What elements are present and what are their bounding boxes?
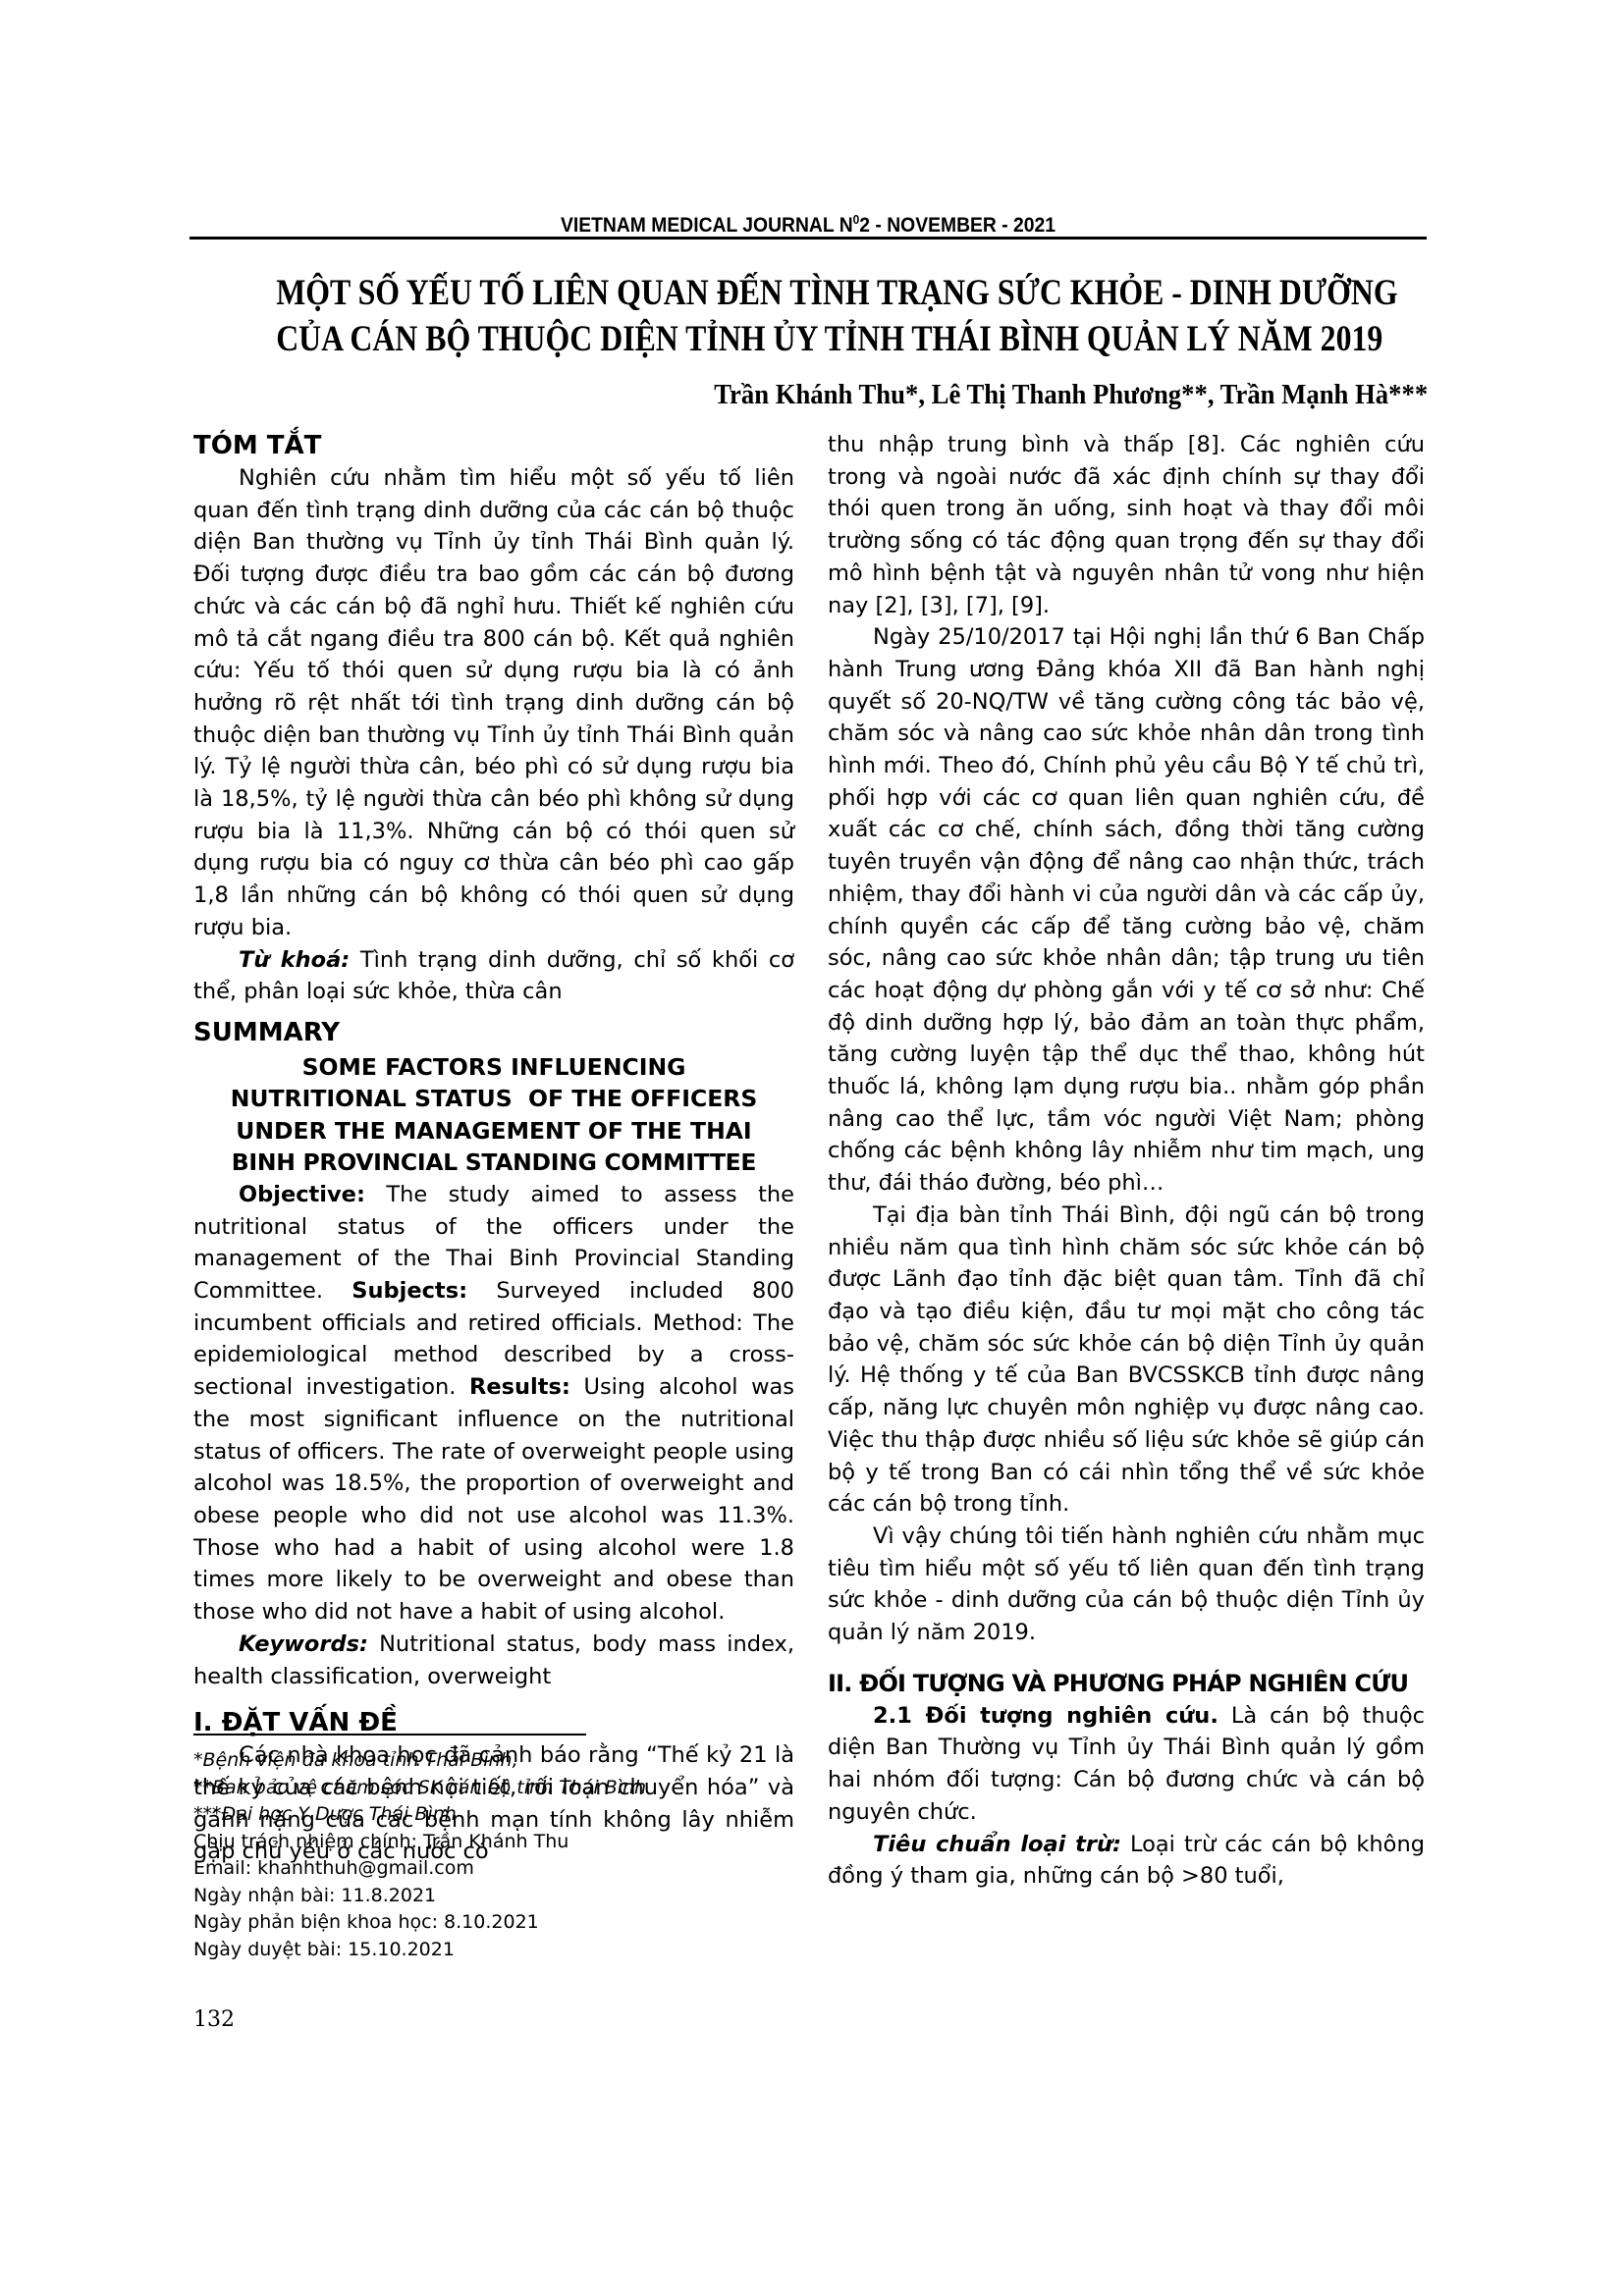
affiliation-2: **Ban bảo vệ chăm sóc SK cán bộ tỉnh Thá…: [193, 1775, 794, 1802]
journal-page: VIETNAM MEDICAL JOURNAL N02 - NOVEMBER -…: [0, 0, 1624, 2296]
author-email: Email: khanhthuh@gmail.com: [193, 1855, 794, 1883]
journal-header-prefix: VIETNAM MEDICAL JOURNAL N: [561, 214, 853, 237]
journal-running-header: VIETNAM MEDICAL JOURNAL N02 - NOVEMBER -…: [239, 212, 1377, 238]
section-2-1-label: 2.1 Đối tượng nghiên cứu.: [873, 1703, 1218, 1729]
objective-label: Objective:: [239, 1182, 365, 1207]
keywords-en-label: Keywords:: [239, 1631, 368, 1657]
section-1-paragraph-4: Vì vậy chúng tôi tiến hành nghiên cứu nh…: [828, 1521, 1425, 1649]
summary-title-line: NUTRITIONAL STATUS OF THE OFFICERS: [193, 1083, 794, 1115]
affiliation-1: *Bệnh viện đa khoa tỉnh Thái Bình,: [193, 1747, 794, 1775]
summary-heading: SUMMARY: [193, 1016, 794, 1049]
section-2-heading: II. ĐỐI TƯỢNG VÀ PHƯƠNG PHÁP NGHIÊN CỨU: [828, 1667, 1425, 1700]
article-title-line-2: CỦA CÁN BỘ THUỘC DIỆN TỈNH ỦY TỈNH THÁI …: [276, 316, 1340, 362]
footnotes: *Bệnh viện đa khoa tỉnh Thái Bình, **Ban…: [193, 1747, 794, 1963]
section-2-1-paragraph: 2.1 Đối tượng nghiên cứu. Là cán bộ thuộ…: [828, 1700, 1425, 1829]
results-label: Results:: [469, 1374, 570, 1400]
date-received: Ngày nhận bài: 11.8.2021: [193, 1883, 794, 1910]
abstract-vi-keywords: Từ khoá: Tình trạng dinh dưỡng, chỉ số k…: [193, 944, 794, 1008]
journal-header-superscript: 0: [853, 212, 860, 227]
abstract-vi-body: Nghiên cứu nhằm tìm hiểu một số yếu tố l…: [193, 462, 794, 944]
authors: Trần Khánh Thu*, Lê Thị Thanh Phương**, …: [714, 379, 1428, 411]
results-text: Using alcohol was the most significant i…: [193, 1374, 794, 1625]
article-title: MỘT SỐ YẾU TỐ LIÊN QUAN ĐẾN TÌNH TRẠNG S…: [189, 270, 1427, 362]
right-column: thu nhập trung bình và thấp [8]. Các ngh…: [828, 429, 1425, 1893]
summary-keywords: Keywords: Nutritional status, body mass …: [193, 1629, 794, 1692]
corresponding-author: Chịu trách nhiệm chính: Trần Khánh Thu: [193, 1829, 794, 1856]
exclusion-criteria-label: Tiêu chuẩn loại trừ:: [873, 1832, 1121, 1857]
summary-title: SOME FACTORS INFLUENCING NUTRITIONAL STA…: [193, 1051, 794, 1179]
header-rule: [189, 237, 1427, 240]
footnote-rule: [193, 1734, 586, 1735]
subjects-label: Subjects:: [352, 1278, 467, 1304]
section-1-paragraph-1-cont: thu nhập trung bình và thấp [8]. Các ngh…: [828, 429, 1425, 621]
date-reviewed: Ngày phản biện khoa học: 8.10.2021: [193, 1909, 794, 1937]
page-number: 132: [193, 2007, 235, 2032]
exclusion-criteria-paragraph: Tiêu chuẩn loại trừ: Loại trừ các cán bộ…: [828, 1829, 1425, 1893]
summary-title-line: SOME FACTORS INFLUENCING: [193, 1051, 794, 1084]
summary-body: Objective: The study aimed to assess the…: [193, 1179, 794, 1629]
date-accepted: Ngày duyệt bài: 15.10.2021: [193, 1937, 794, 1964]
summary-title-line: BINH PROVINCIAL STANDING COMMITTEE: [193, 1147, 794, 1179]
section-1-paragraph-2: Ngày 25/10/2017 tại Hội nghị lần thứ 6 B…: [828, 621, 1425, 1200]
journal-header-suffix: 2 - NOVEMBER - 2021: [859, 214, 1056, 237]
article-title-line-1: MỘT SỐ YẾU TỐ LIÊN QUAN ĐẾN TÌNH TRẠNG S…: [276, 270, 1340, 316]
left-column: TÓM TẮT Nghiên cứu nhằm tìm hiểu một số …: [193, 429, 794, 1868]
keywords-vi-label: Từ khoá:: [239, 947, 350, 973]
section-1-paragraph-3: Tại địa bàn tỉnh Thái Bình, đội ngũ cán …: [828, 1200, 1425, 1521]
abstract-vi-heading: TÓM TẮT: [193, 429, 794, 462]
summary-title-line: UNDER THE MANAGEMENT OF THE THAI: [193, 1115, 794, 1148]
affiliation-3: ***Đại học Y Dược Thái Bình: [193, 1801, 794, 1829]
